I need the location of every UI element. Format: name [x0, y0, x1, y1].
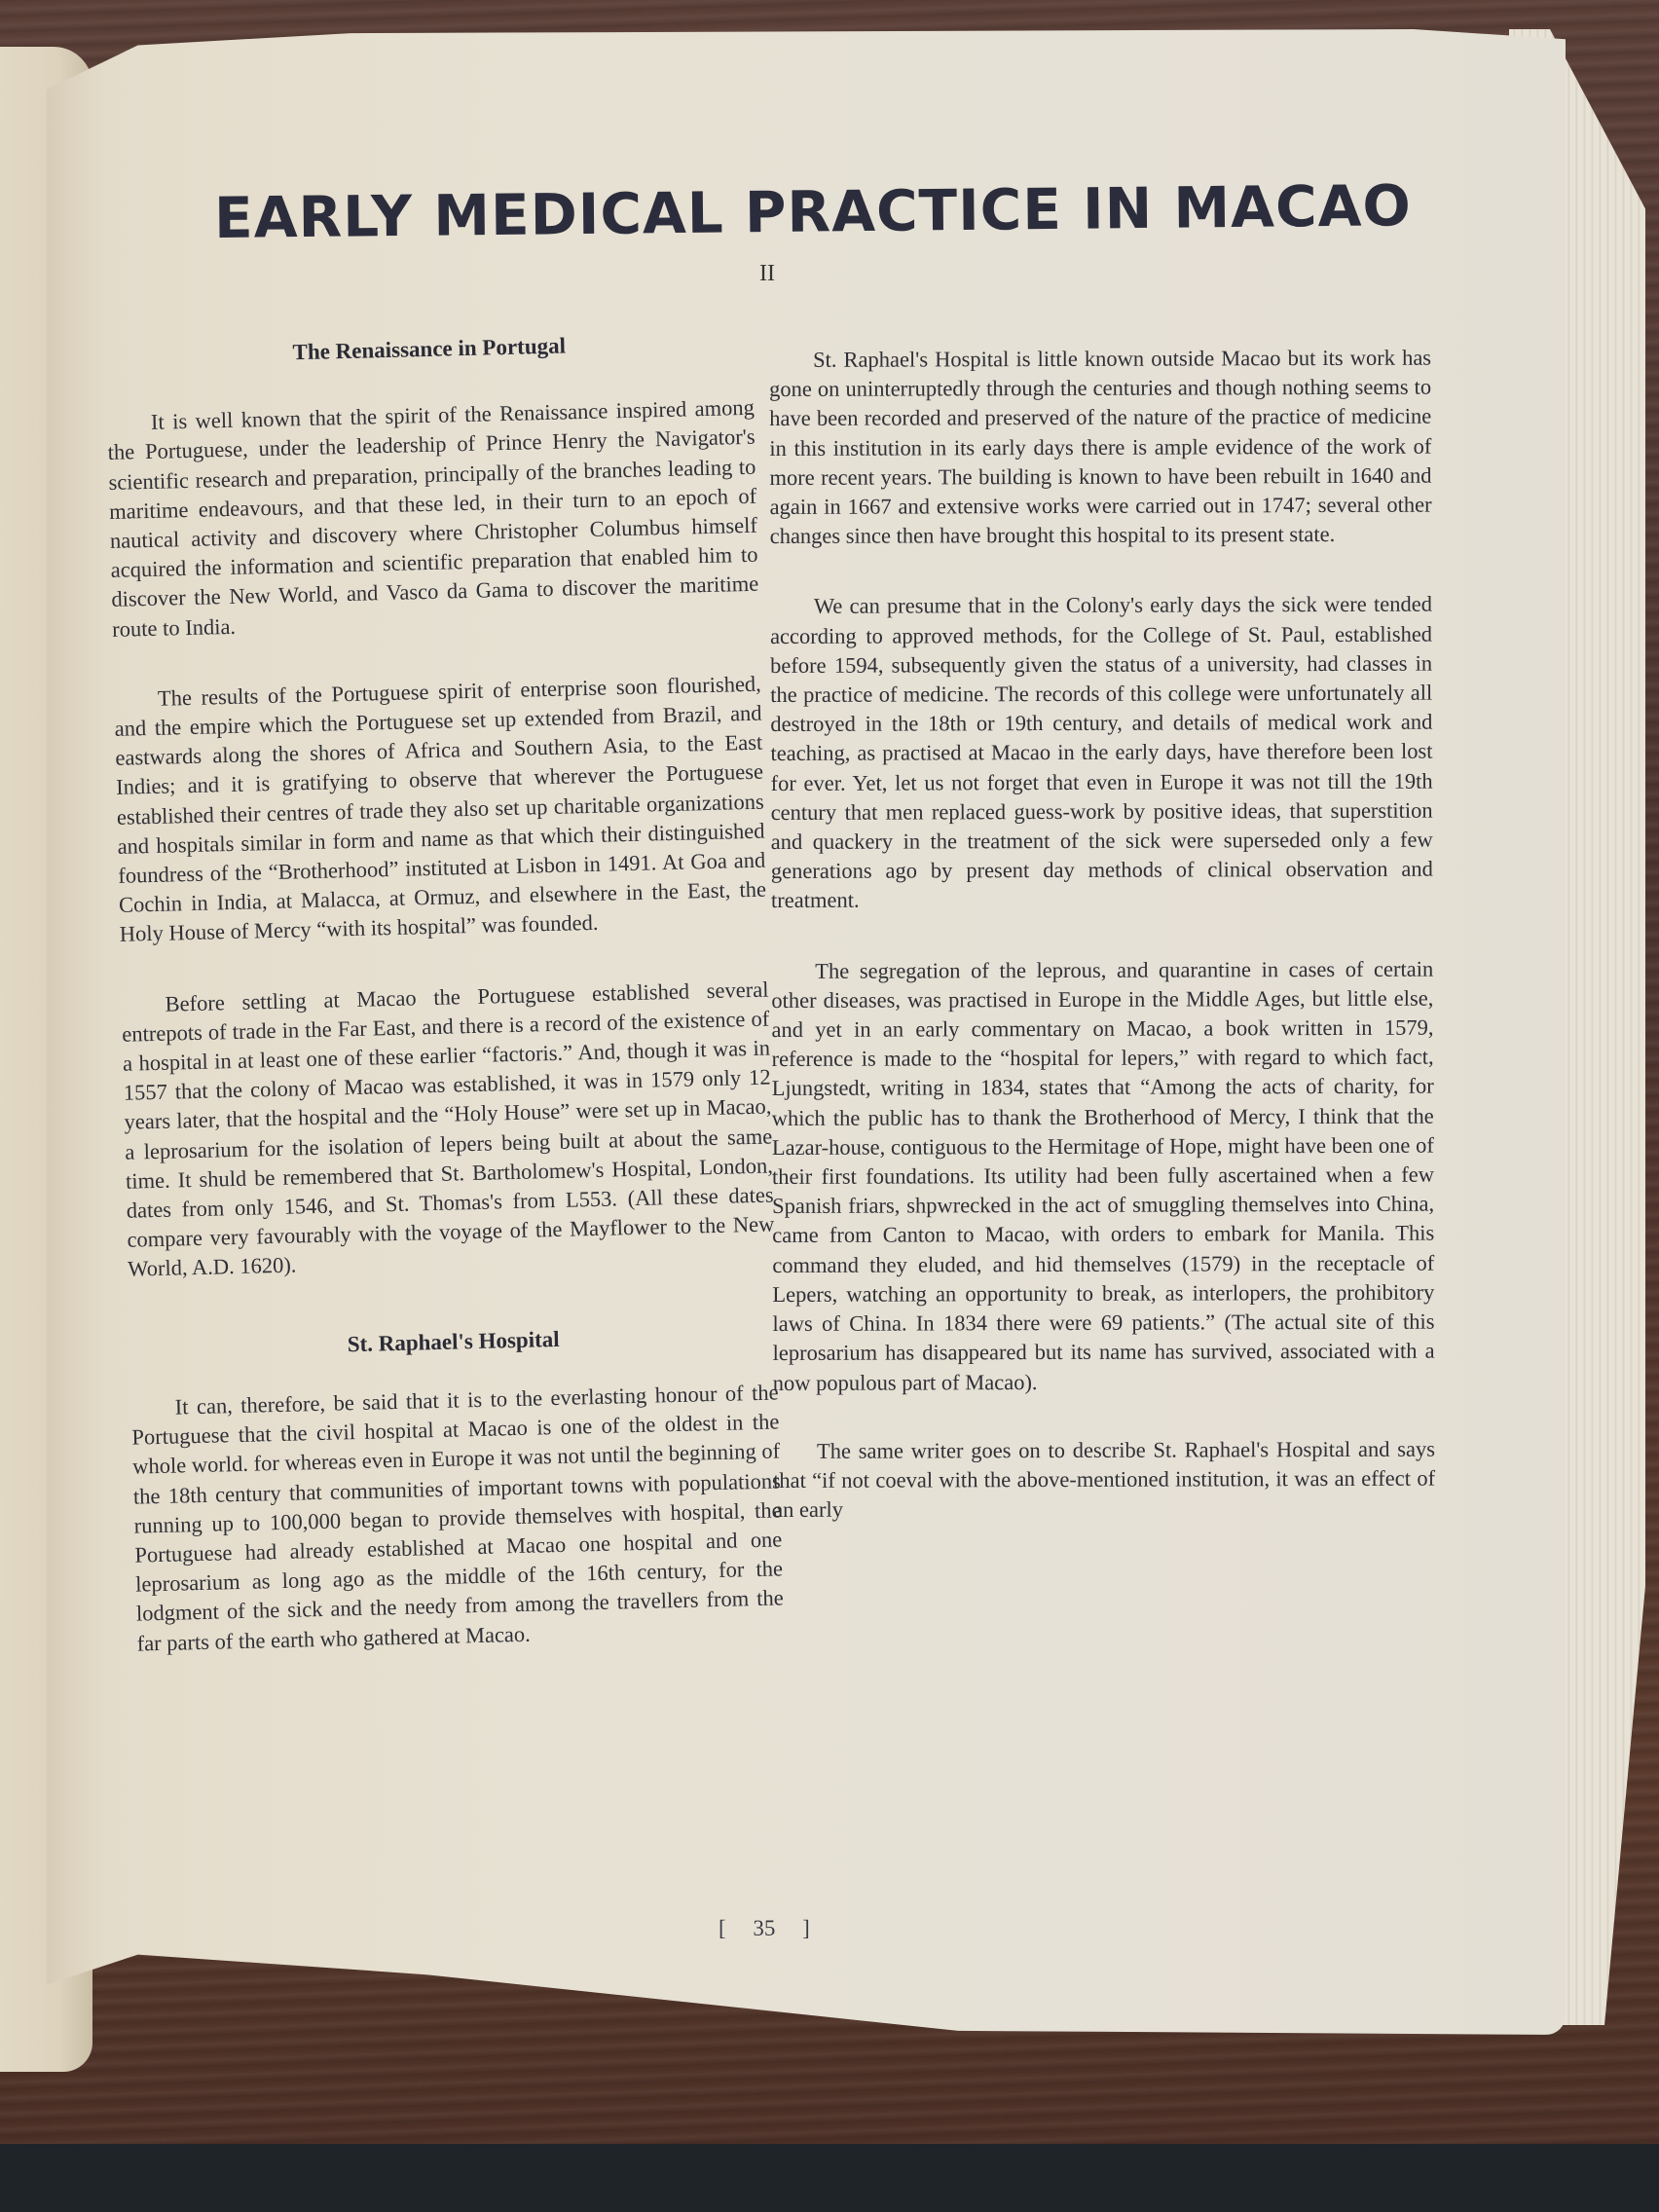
page-number: [ 35 ] — [719, 1916, 810, 1941]
paragraph: The segregation of the leprous, and quar… — [771, 954, 1435, 1397]
left-column: The Renaissance in Portugal It is well k… — [105, 327, 785, 1659]
paragraph: The results of the Portuguese spirit of … — [114, 669, 767, 949]
article-part-number: II — [759, 261, 775, 287]
dark-cloth-foreground — [0, 2144, 1659, 2212]
paragraph: It is well known that the spirit of the … — [107, 393, 760, 645]
paragraph: The same writer goes on to describe St. … — [773, 1434, 1435, 1525]
paragraph: Before settling at Macao the Portuguese … — [121, 975, 775, 1284]
paragraph: St. Raphael's Hospital is little known o… — [769, 344, 1432, 552]
right-column: St. Raphael's Hospital is little known o… — [769, 344, 1435, 1526]
paragraph: It can, therefore, be said that it is to… — [130, 1378, 784, 1658]
article-title: EARLY MEDICAL PRACTICE IN MACAO — [214, 173, 1325, 251]
paragraph: We can presume that in the Colony's earl… — [770, 590, 1433, 916]
